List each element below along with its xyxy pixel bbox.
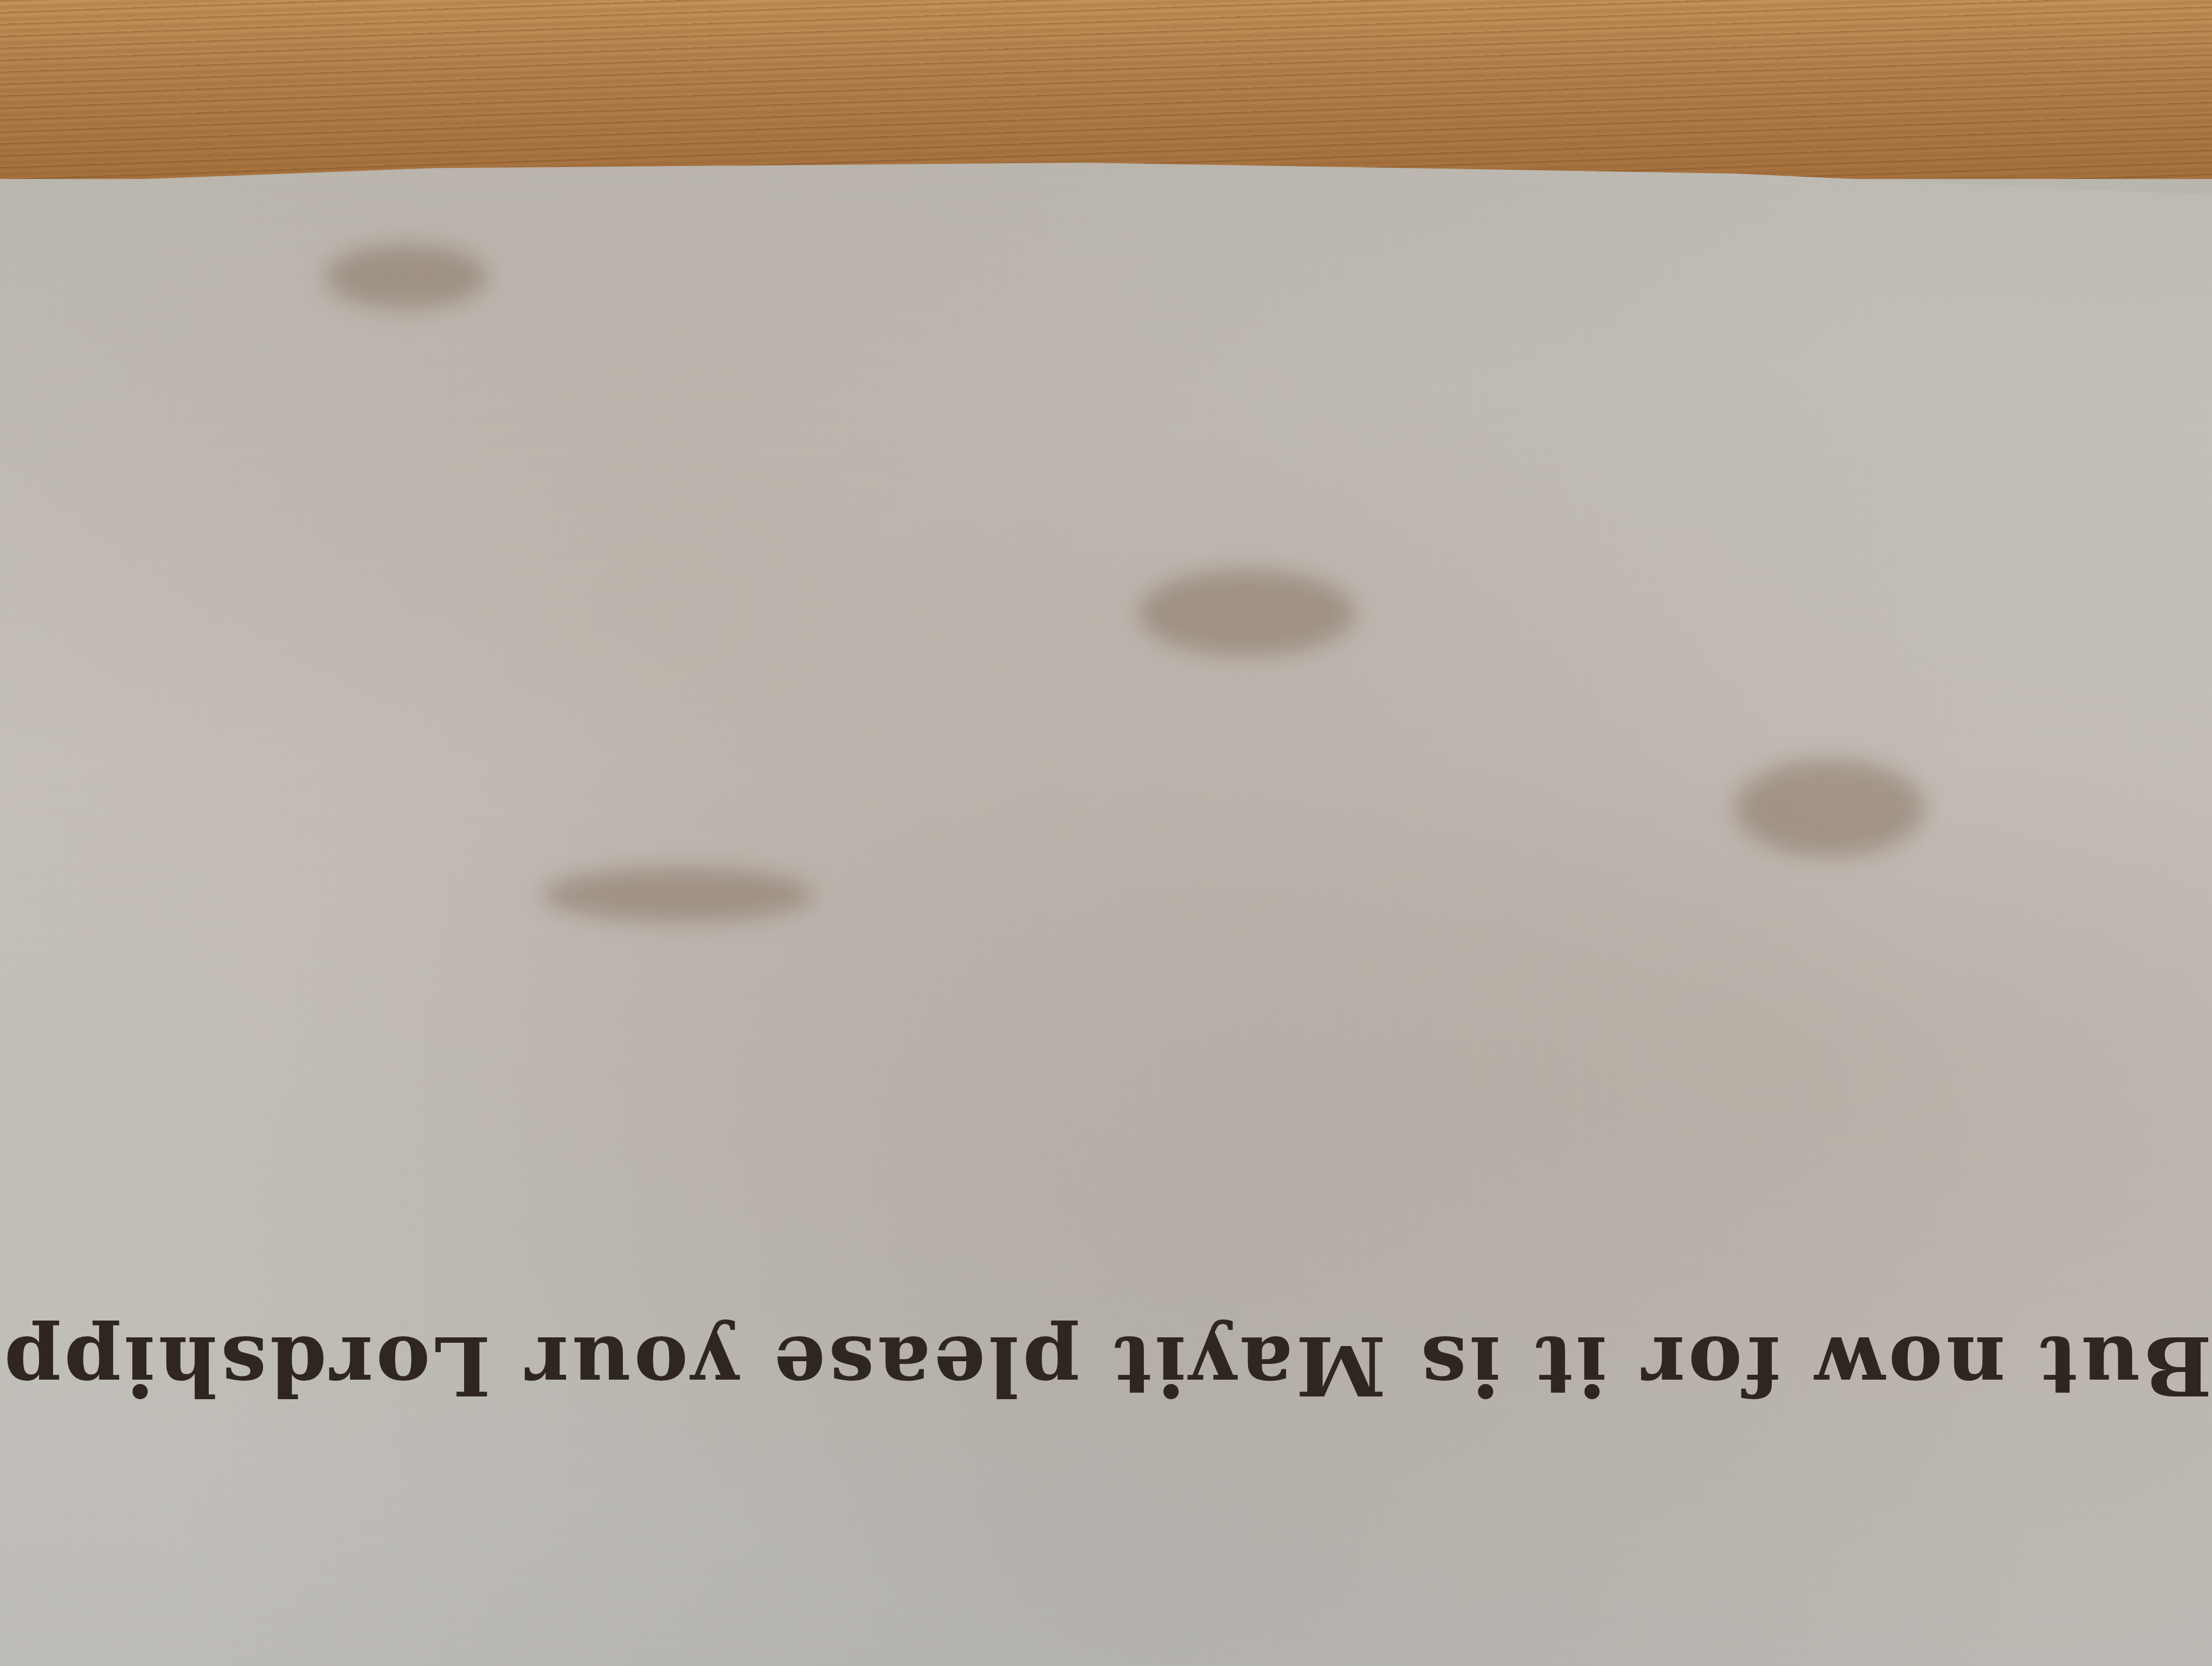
manuscript-line [0,954,2212,987]
manuscript-line [0,499,2212,531]
manuscript-line [0,423,2212,456]
manuscript-line [0,271,2212,304]
manuscript-line [0,879,2212,911]
manuscript-line [0,195,2212,228]
manuscript-line [0,1030,2212,1063]
parchment-document [0,163,2212,1666]
manuscript-line [0,727,2212,759]
wooden-surface [0,0,2212,179]
manuscript-line [0,1106,2212,1139]
manuscript-heading: But now for it is Mayit please your Lord… [11,1318,2212,1413]
manuscript-line [0,803,2212,835]
manuscript-line [0,347,2212,380]
manuscript-line [0,575,2212,607]
manuscript-line [0,651,2212,683]
